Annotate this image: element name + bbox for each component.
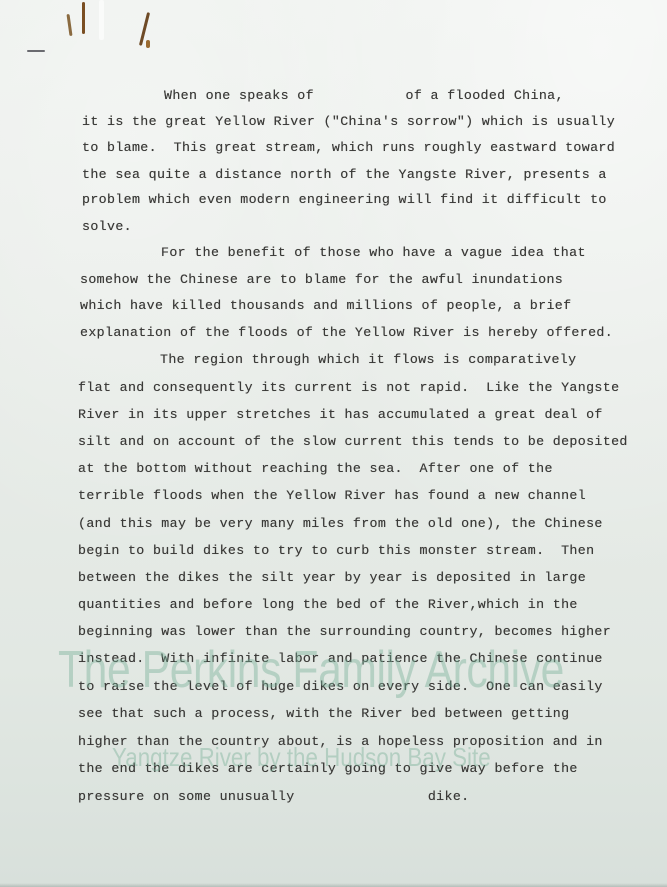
text-line: problem which even modern engineering wi…	[82, 192, 607, 208]
rust-mark	[66, 14, 72, 36]
text-line: The region through which it flows is com…	[160, 352, 576, 368]
text-line: For the benefit of those who have a vagu…	[161, 245, 586, 261]
text-line: flat and consequently its current is not…	[78, 380, 619, 396]
text-line: see that such a process, with the River …	[78, 706, 569, 722]
text-line: instead. With infinite labor and patienc…	[78, 651, 603, 667]
text-line: at the bottom without reaching the sea. …	[78, 461, 553, 477]
text-line: the end the dikes are certainly going to…	[78, 761, 578, 777]
text-line: higher than the country about, is a hope…	[78, 734, 603, 750]
text-line: quantities and before long the bed of th…	[78, 597, 578, 613]
pencil-mark	[27, 50, 45, 52]
text-line: the sea quite a distance north of the Ya…	[82, 167, 607, 183]
text-line: River in its upper stretches it has accu…	[78, 407, 603, 423]
rust-mark	[82, 2, 85, 34]
text-line: When one speaks of of a flooded China,	[164, 88, 564, 104]
text-line: to raise the level of huge dikes on ever…	[78, 679, 603, 695]
text-line: it is the great Yellow River ("China's s…	[82, 114, 615, 130]
text-line: between the dikes the silt year by year …	[78, 570, 586, 586]
text-line: (and this may be very many miles from th…	[78, 516, 603, 532]
text-line: terrible floods when the Yellow River ha…	[78, 488, 586, 504]
text-line: which have killed thousands and millions…	[80, 298, 571, 314]
text-line: solve.	[82, 219, 132, 235]
text-line: to blame. This great stream, which runs …	[82, 140, 615, 156]
text-line: pressure on some unusually dike.	[78, 789, 469, 805]
text-line: begin to build dikes to try to curb this…	[78, 543, 594, 559]
rust-mark	[99, 0, 104, 40]
text-line: silt and on account of the slow current …	[78, 434, 628, 450]
text-line: beginning was lower than the surrounding…	[78, 624, 611, 640]
text-line: explanation of the floods of the Yellow …	[80, 325, 613, 341]
paper-bottom-edge	[0, 883, 667, 887]
rust-mark	[146, 40, 150, 48]
text-line: somehow the Chinese are to blame for the…	[80, 272, 563, 288]
